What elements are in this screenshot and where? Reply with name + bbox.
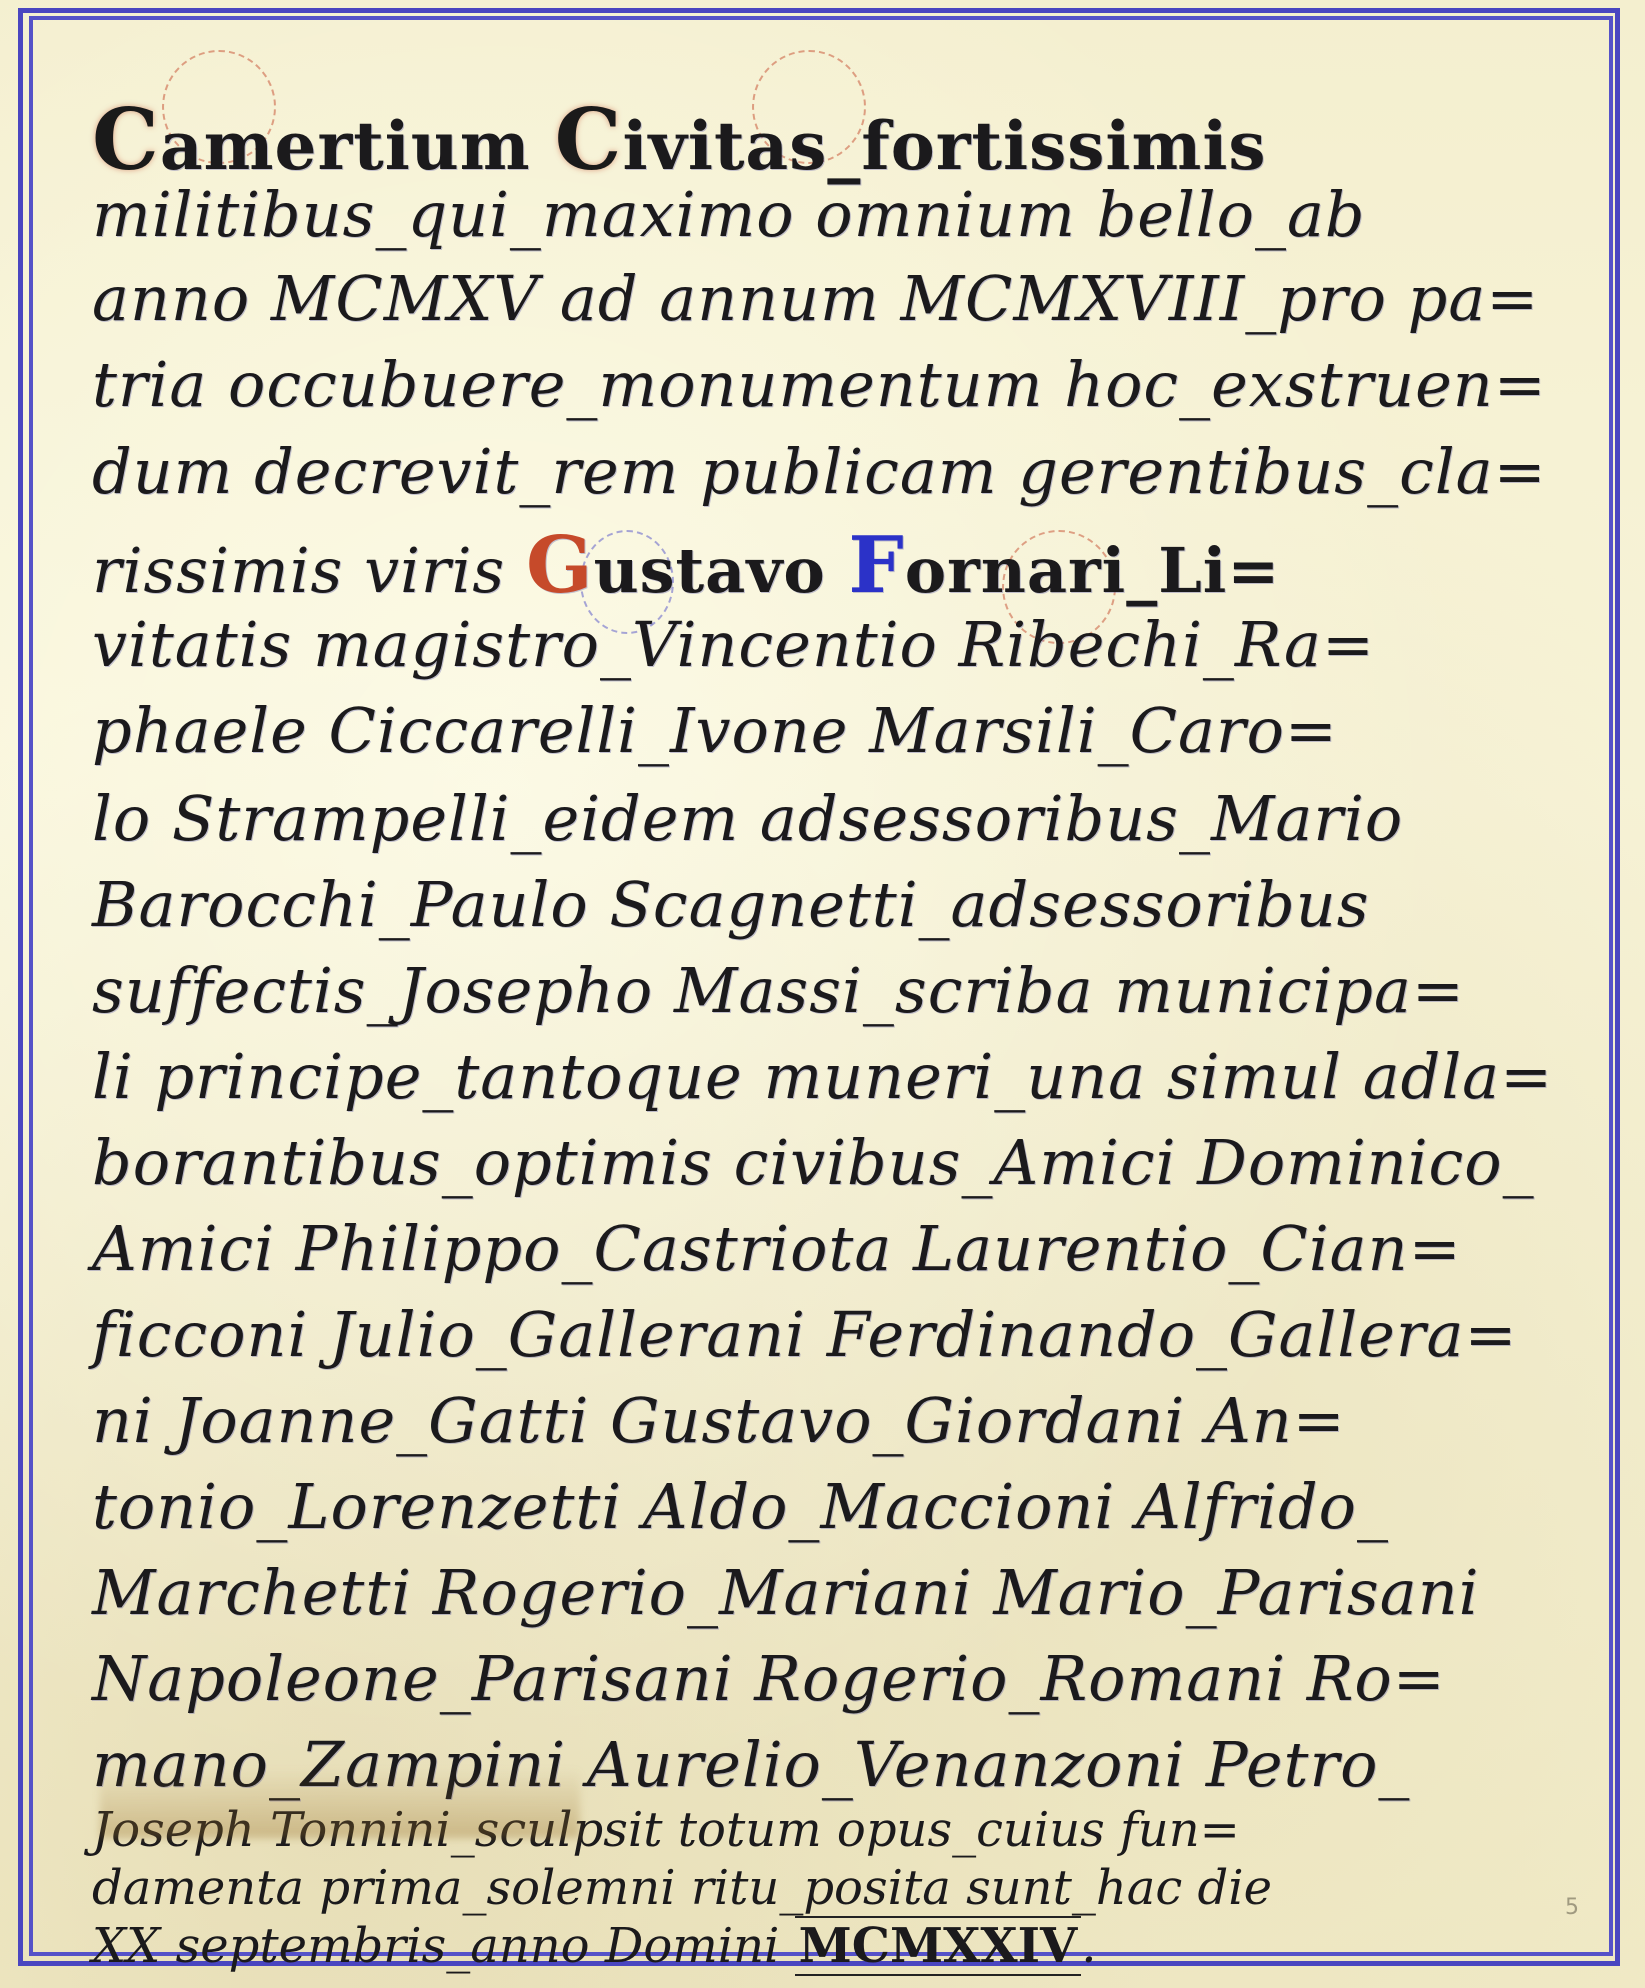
inscription-line: ficconi Julio_Gallerani Ferdinando_Galle… — [92, 1298, 1517, 1371]
inscription-line: Napoleone_Parisani Rogerio_Romani Ro= — [92, 1642, 1446, 1715]
inscription-line: vitatis magistro_Vincentio Ribechi_Ra= — [92, 608, 1375, 681]
inscription-line: phaele Ciccarelli_Ivone Marsili_Caro= — [92, 694, 1338, 767]
title-line: Camertium Civitas_fortissimis — [92, 90, 1267, 189]
inscription-line: anno MCMXV ad annum MCMXVIII_pro pa= — [92, 262, 1539, 335]
illuminated-initial: C — [92, 90, 160, 189]
inscription-line: ni Joanne_Gatti Gustavo_Giordani An= — [92, 1384, 1346, 1457]
inscription-line: borantibus_optimis civibus_Amici Dominic… — [92, 1126, 1535, 1199]
blue-illuminated-initial: F — [848, 520, 904, 611]
inscription-line: suffectis_Josepho Massi_scriba municipa= — [92, 954, 1465, 1027]
closing-date-line: XX septembris_anno Domini MCMXXIV. — [92, 1918, 1097, 1974]
inscription-line: li principe_tantoque muneri_una simul ad… — [92, 1040, 1553, 1113]
inscription-line: Amici Philippo_Castriota Laurentio_Cian= — [92, 1212, 1462, 1285]
inscription-line: dum decrevit_rem publicam gerentibus_cla… — [92, 435, 1547, 508]
ink-stain — [100, 1768, 580, 1838]
illuminated-initial: C — [555, 90, 623, 189]
inscription-line: militibus_qui_maximo omnium bello_ab — [92, 178, 1366, 251]
inscription-line-gustavo-fornari: rissimis viris Gustavo Fornari_Li= — [92, 520, 1280, 611]
page-mark: 5 — [1565, 1895, 1579, 1920]
inscription-line: Marchetti Rogerio_Mariani Mario_Parisani — [92, 1556, 1479, 1629]
red-illuminated-initial: G — [526, 520, 594, 611]
closing-line: damenta prima_solemni ritu_posita sunt_h… — [92, 1860, 1272, 1916]
inscription-line: tria occubuere_monumentum hoc_exstruen= — [92, 348, 1547, 421]
inscription-line: lo Strampelli_eidem adsessoribus_Mario — [92, 782, 1403, 855]
inscription-line: Barocchi_Paulo Scagnetti_adsessoribus — [92, 868, 1370, 941]
inscription-line: tonio_Lorenzetti Aldo_Maccioni Alfrido_ — [92, 1470, 1389, 1543]
year-roman-numeral: MCMXXIV — [795, 1916, 1082, 1976]
